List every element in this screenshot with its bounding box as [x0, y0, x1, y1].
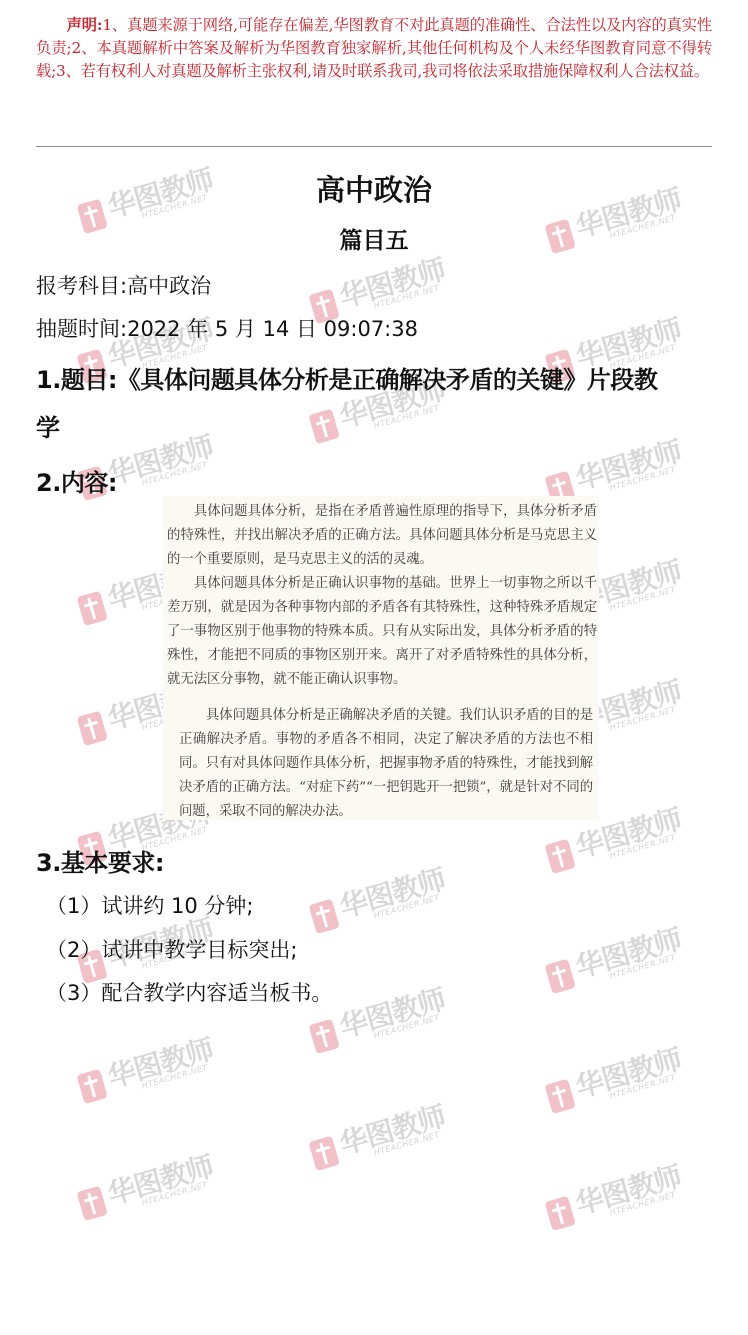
huatu-logo-icon — [308, 409, 339, 444]
draw-time-line: 抽题时间:2022 年 5 月 14 日 09:07:38 — [36, 313, 418, 343]
textbook-excerpt-image: 具体问题具体分析，是指在矛盾普遍性原理的指导下，具体分析矛盾的特殊性，并找出解决… — [163, 496, 599, 820]
watermark: 华图教师HTEACHER.NET — [540, 1146, 702, 1249]
huatu-logo-icon — [308, 1136, 339, 1171]
content-heading: 2.内容: — [36, 463, 117, 498]
draw-time-label: 抽题时间: — [36, 317, 127, 341]
requirement-item: （1）试讲约 10 分钟; — [46, 890, 254, 920]
watermark: 华图教师HTEACHER.NET — [72, 1019, 234, 1122]
topic-heading-continued: 学 — [36, 408, 60, 443]
disclaimer-text: 1、真题来源于网络,可能存在偏差,华图教育不对此真题的准确性、合法性以及内容的真… — [36, 16, 712, 80]
subject-label: 报考科目: — [36, 274, 127, 298]
excerpt-paragraph: 具体问题具体分析是正确解决矛盾的关键。我们认识矛盾的目的是正确解决矛盾。事物的矛… — [179, 704, 593, 824]
huatu-logo-icon — [544, 1079, 575, 1114]
huatu-logo-icon — [544, 1196, 575, 1231]
watermark: 华图教师HTEACHER.NET — [72, 1136, 234, 1239]
huatu-logo-icon — [308, 1019, 339, 1054]
draw-time-value: 2022 年 5 月 14 日 09:07:38 — [127, 317, 418, 341]
huatu-logo-icon — [544, 839, 575, 874]
topic-heading: 1.题目:《具体问题具体分析是正确解决矛盾的关键》片段教 — [36, 360, 726, 395]
requirements-heading: 3.基本要求: — [36, 843, 164, 878]
huatu-logo-icon — [544, 959, 575, 994]
huatu-logo-icon — [76, 1186, 107, 1221]
page-subtitle: 篇目五 — [0, 222, 748, 255]
excerpt-paragraph: 具体问题具体分析，是指在矛盾普遍性原理的指导下，具体分析矛盾的特殊性，并找出解决… — [167, 500, 597, 572]
excerpt-paragraph: 具体问题具体分析是正确认识事物的基础。世界上一切事物之所以千差万别，就是因为各种… — [167, 572, 597, 692]
huatu-logo-icon — [76, 1069, 107, 1104]
requirement-item: （2）试讲中教学目标突出; — [46, 934, 297, 964]
disclaimer-lead: 声明: — [67, 16, 103, 34]
huatu-logo-icon — [76, 711, 107, 746]
divider — [36, 146, 712, 147]
watermark: 华图教师HTEACHER.NET — [540, 909, 702, 1012]
page-title: 高中政治 — [0, 168, 748, 209]
subject-line: 报考科目:高中政治 — [36, 270, 211, 300]
watermark: 华图教师HTEACHER.NET — [304, 1086, 466, 1189]
subject-value: 高中政治 — [127, 274, 211, 298]
watermark: 华图教师HTEACHER.NET — [304, 849, 466, 952]
watermark: 华图教师HTEACHER.NET — [540, 1029, 702, 1132]
huatu-logo-icon — [308, 899, 339, 934]
disclaimer: 声明:1、真题来源于网络,可能存在偏差,华图教育不对此真题的准确性、合法性以及内… — [36, 14, 712, 83]
requirement-item: （3）配合教学内容适当板书。 — [46, 977, 332, 1007]
huatu-logo-icon — [76, 591, 107, 626]
